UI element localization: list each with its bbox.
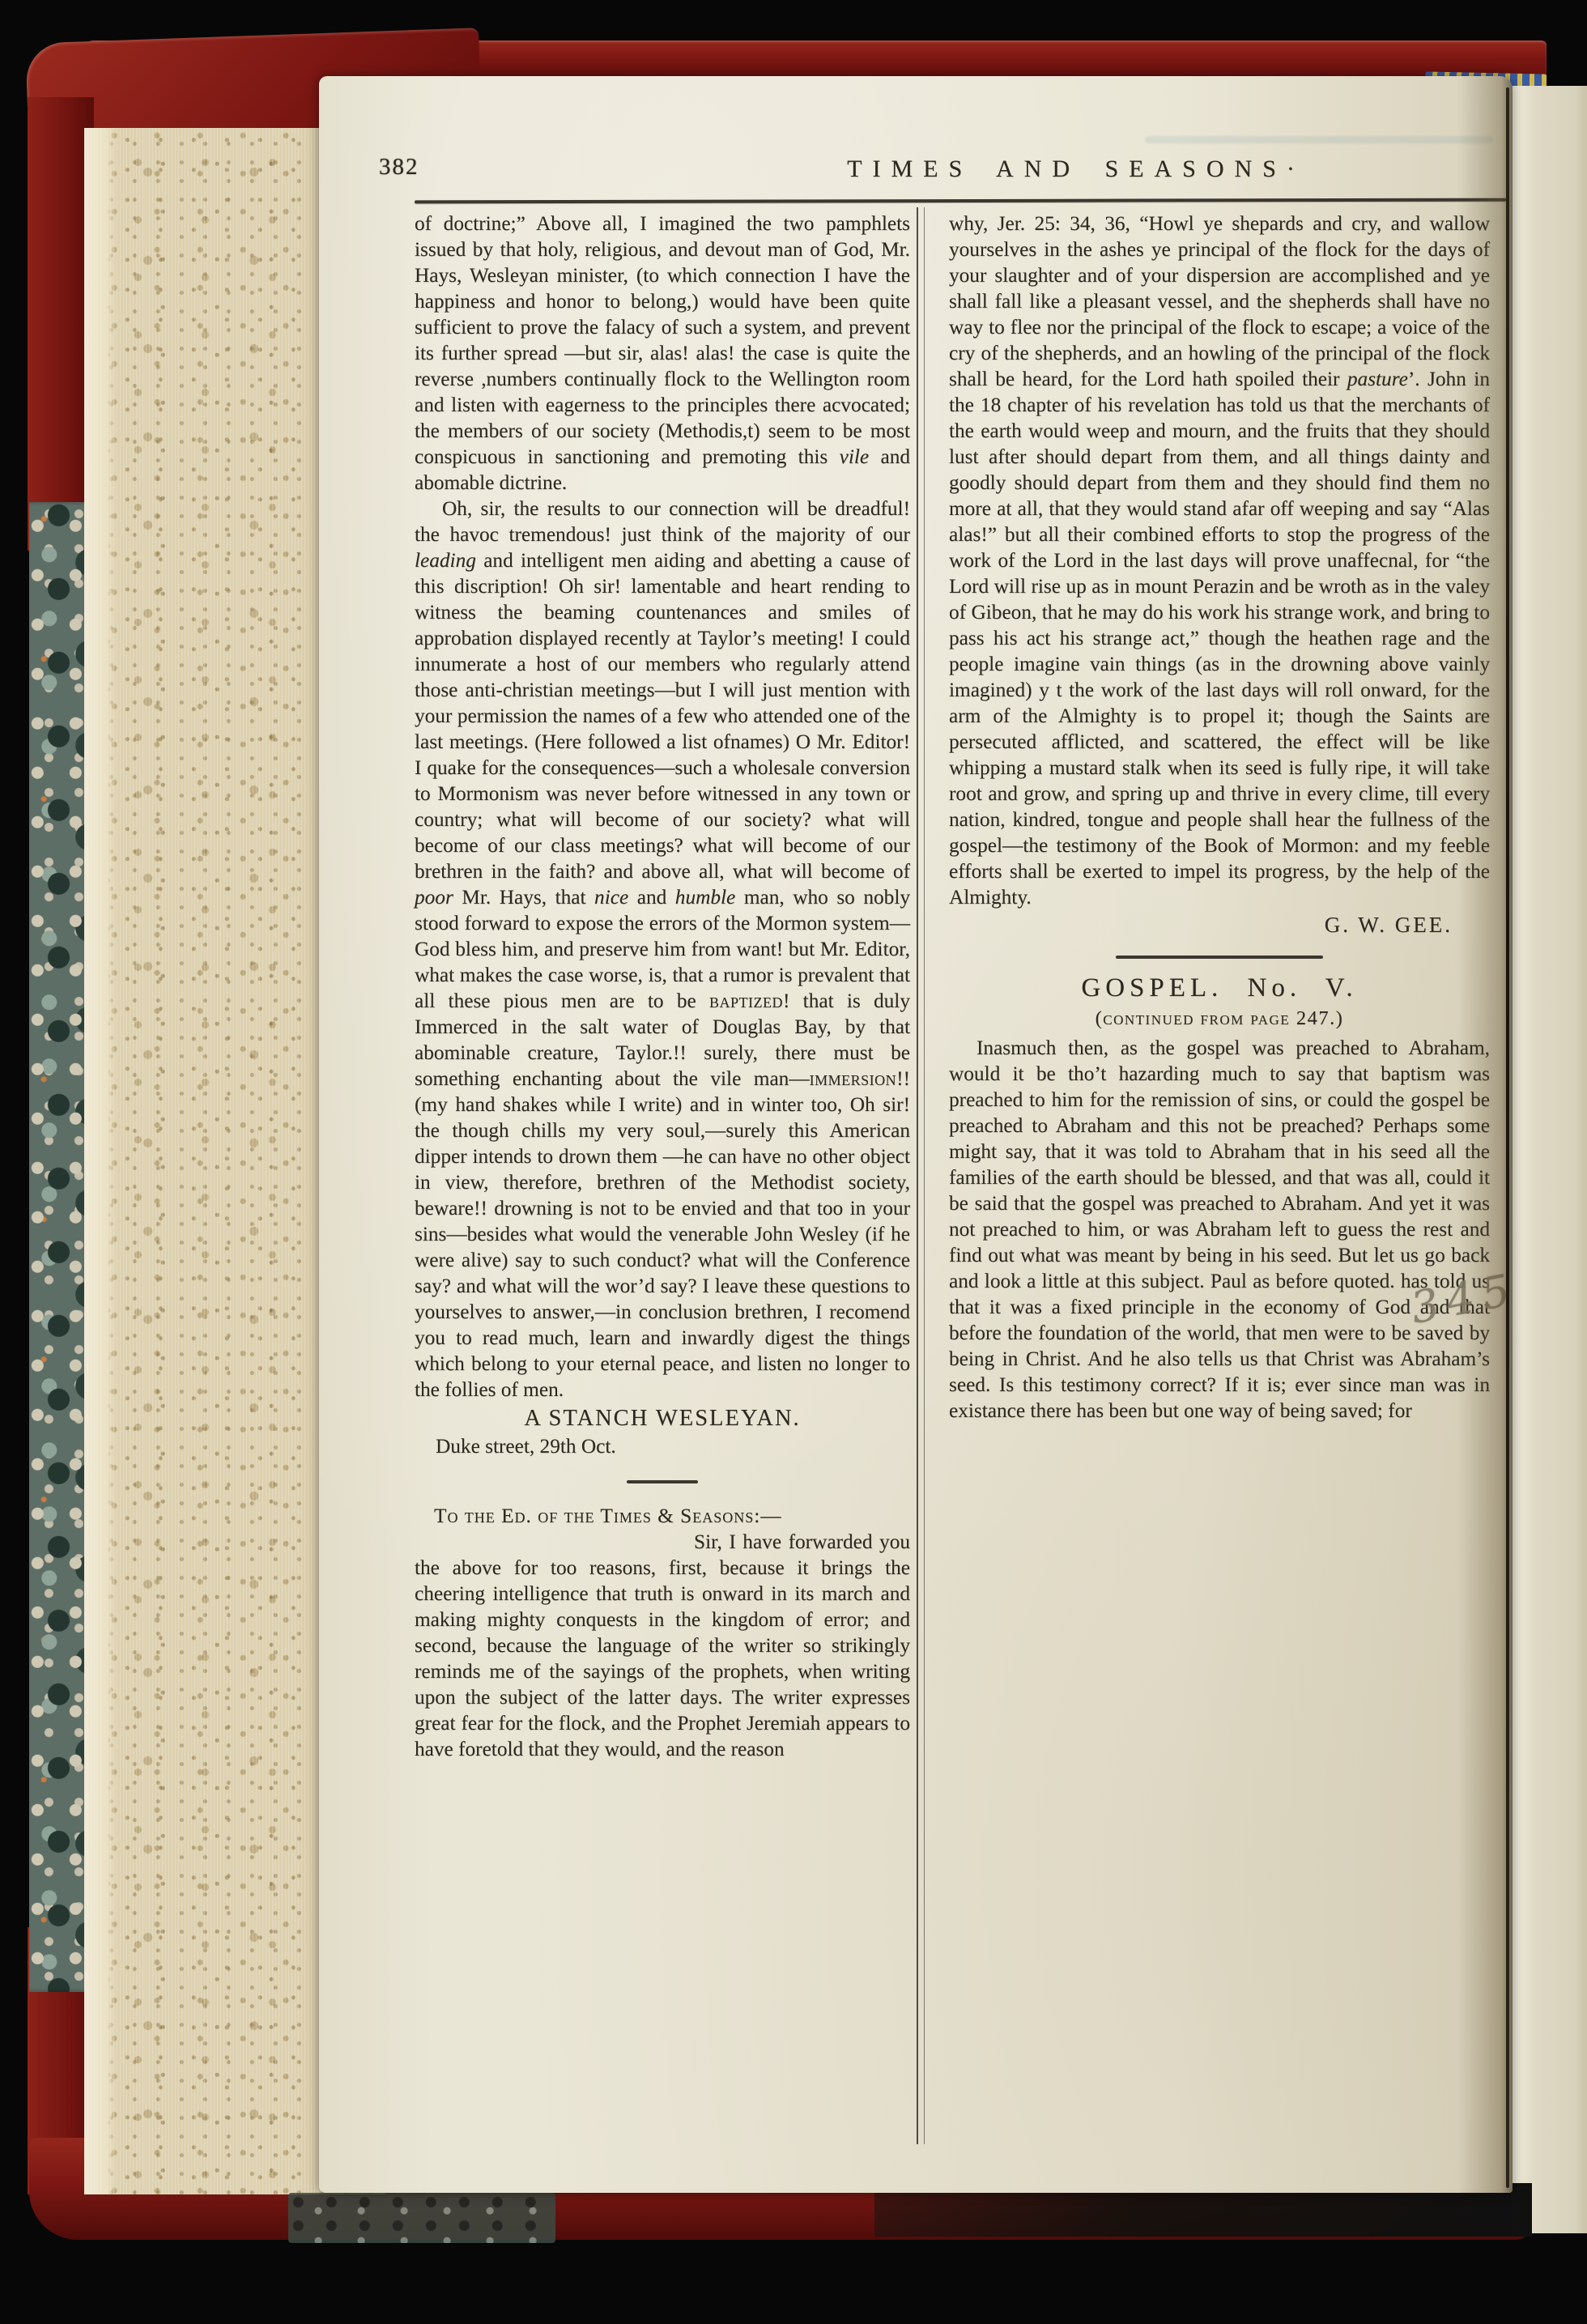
- book-scan: 382 TIMES AND SEASONS· of doctrine;” Abo…: [0, 0, 1587, 2324]
- gee-signature: G. W. GEE.: [949, 912, 1490, 938]
- column-divider-rule: [917, 207, 925, 2144]
- article-subheading: (continued from page 247.): [949, 1006, 1490, 1032]
- paragraph-results: Oh, sir, the results to our connection w…: [415, 496, 910, 1402]
- section-divider: [627, 1480, 698, 1483]
- article-heading: GOSPEL. No. V.: [949, 975, 1490, 1001]
- facing-page-edge: [1513, 86, 1587, 2233]
- left-column: of doctrine;” Above all, I imagined the …: [415, 211, 910, 1762]
- letter-address: Duke street, 29th Oct.: [415, 1433, 910, 1459]
- editor-salutation: To the Ed. of the Times & Seasons:—: [415, 1503, 910, 1529]
- paragraph-doctrine: of doctrine;” Above all, I imagined the …: [415, 211, 910, 496]
- paragraph-letter: Sir, I have forwarded you the above for …: [415, 1529, 910, 1762]
- article-divider: [1116, 956, 1323, 959]
- gutter-crease: [1506, 87, 1509, 2188]
- paragraph-jeremiah: why, Jer. 25: 34, 36, “Howl ye shepards …: [949, 211, 1490, 910]
- paragraph-gospel: Inasmuch then, as the gospel was preache…: [949, 1035, 1490, 1424]
- page-number: 382: [379, 154, 419, 181]
- scan-artifact-streak: [1145, 136, 1493, 143]
- letter-signature: A STANCH WESLEYAN.: [415, 1406, 910, 1432]
- scanned-page: 382 TIMES AND SEASONS· of doctrine;” Abo…: [319, 76, 1513, 2193]
- marbled-bottom-sliver: [288, 2193, 555, 2243]
- masthead-title: TIMES AND SEASONS·: [847, 155, 1305, 183]
- gutter-shadow: [1457, 76, 1513, 2193]
- right-column: why, Jer. 25: 34, 36, “Howl ye shepards …: [949, 211, 1490, 1424]
- header-rule: [415, 198, 1506, 204]
